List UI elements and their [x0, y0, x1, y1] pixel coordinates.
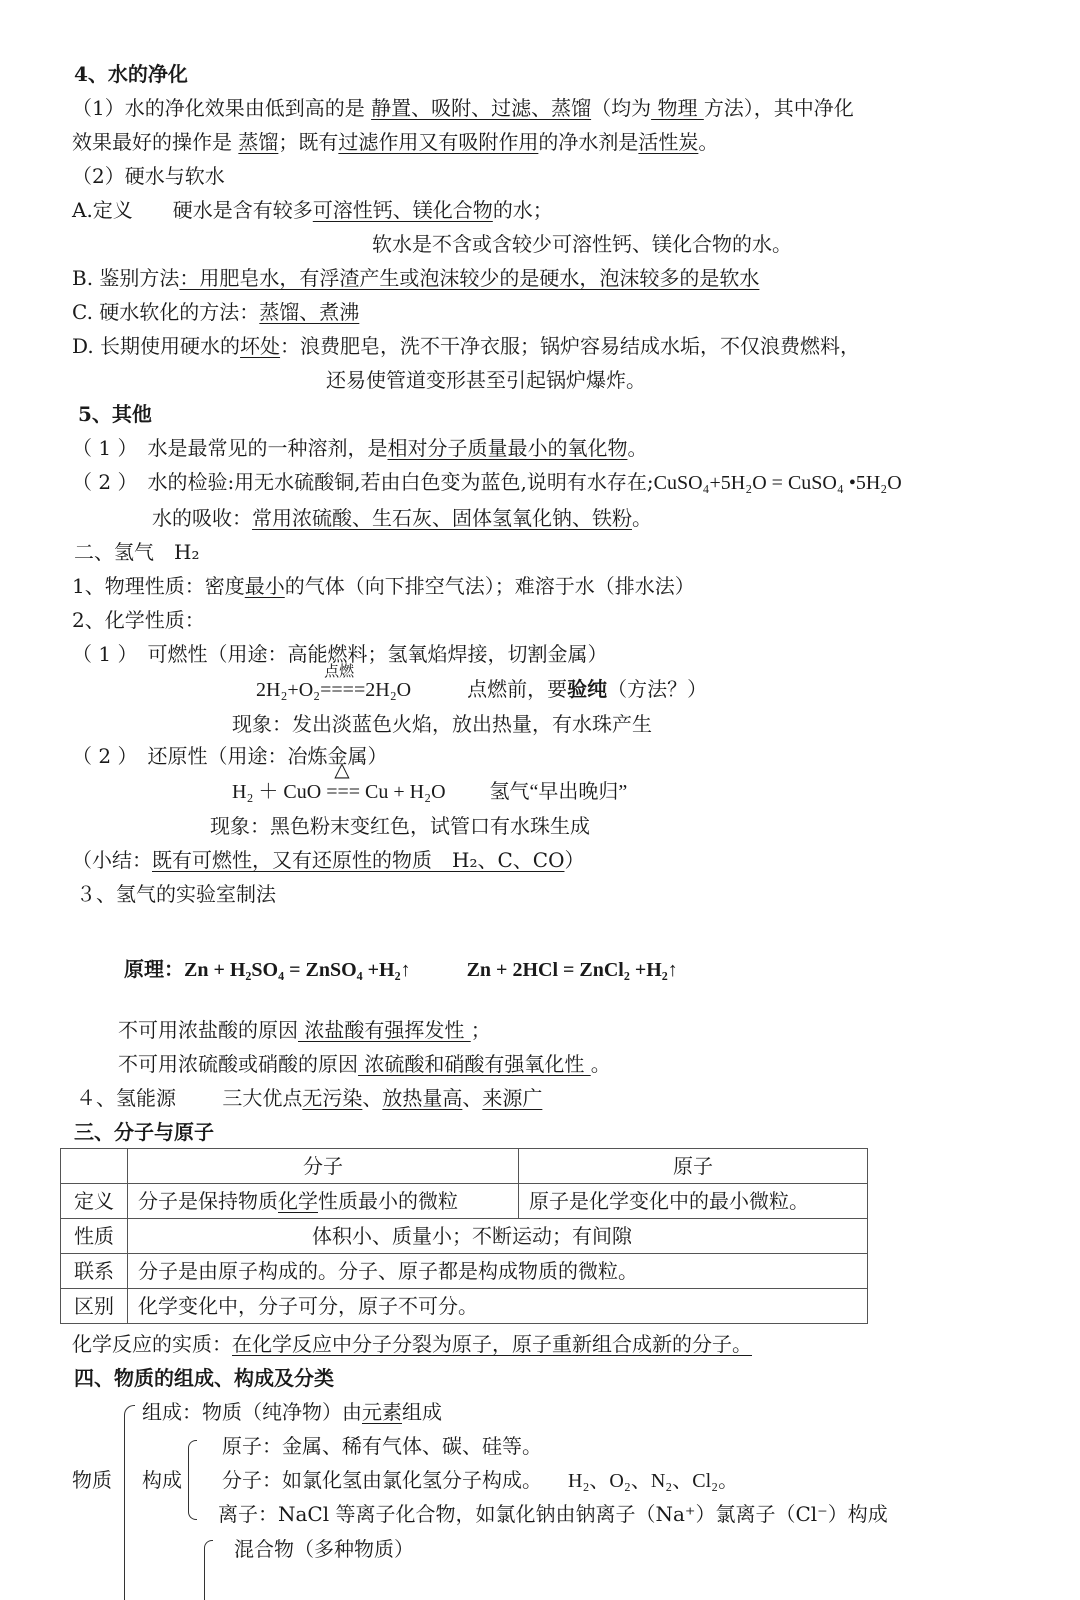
table-row: 性质 体积小、质量小；不断运动；有间隙: [61, 1219, 868, 1254]
physical-properties: 1、物理性质：密度最小的气体（向下排空气法）；难溶于水（排水法）: [72, 572, 695, 600]
purification-order-line: （1）水的净化效果由低到高的是 静置、吸附、过滤、蒸馏（均为 物理 方法），其中…: [72, 94, 854, 122]
combustion-phenomenon: 现象：发出淡蓝色火焰，放出热量，有水珠产生: [232, 710, 652, 738]
composition-line: 组成：物质（纯净物）由元素组成: [142, 1398, 442, 1426]
structure-label: 构成: [142, 1466, 182, 1494]
substance-root-label: 物质: [72, 1466, 112, 1494]
hard-water-harm: D. 长期使用硬水的坏处：浪费肥皂，洗不干净衣服；锅炉容易结成水垢，不仅浪费燃料…: [72, 332, 860, 360]
soft-water-definition: 软水是不含或含较少可溶性钙、镁化合物的水。: [372, 230, 792, 258]
section-title-substance: 四、物质的组成、构成及分类: [74, 1364, 334, 1392]
no-conc-hcl-reason: 不可用浓盐酸的原因 浓盐酸有强挥发性 ；: [118, 1016, 491, 1044]
softening-method: C. 硬水软化的方法：蒸馏、煮沸: [72, 298, 359, 326]
hard-water-definition: A.定义 硬水是含有较多可溶性钙、镁化合物的水；: [72, 196, 553, 224]
table-row: 定义 分子是保持物质化学性质最小的微粒 原子是化学变化中的最小微粒。: [61, 1184, 868, 1219]
inner-brace: [188, 1440, 197, 1520]
reduction-equation: H₂ ＋ CuO △=== Cu + H₂O氢气“早出晚归”: [232, 778, 627, 806]
properties-cell: 体积小、质量小；不断运动；有间隙: [128, 1219, 868, 1254]
table-header-atom: 原子: [519, 1149, 868, 1184]
hard-soft-water-heading: （2）硬水与软水: [72, 162, 225, 190]
table-header-row: 分子 原子: [61, 1149, 868, 1184]
table-header-molecule: 分子: [128, 1149, 519, 1184]
table-header-empty: [61, 1149, 128, 1184]
molecule-definition: 分子是保持物质化学性质最小的微粒: [128, 1184, 519, 1219]
water-test-line: （ 2 ） 水的检验:用无水硫酸铜,若由白色变为蓝色,说明有水存在;CuSO₄+…: [72, 468, 902, 497]
row-label: 联系: [61, 1254, 128, 1289]
water-solvent-line: （ 1 ） 水是最常见的一种溶剂，是相对分子质量最小的氧化物。: [72, 434, 647, 462]
atom-composed-line: 原子：金属、稀有气体、碳、硅等。: [222, 1432, 542, 1460]
identification-method: B. 鉴别方法：用肥皂水，有浮渣产生或泡沫较少的是硬水，泡沫较多的是软水: [72, 264, 759, 292]
ion-composed-line: 离子：NaCl 等离子化合物，如氯化钠由钠离子（Na⁺）氯离子（Cl⁻）构成: [218, 1500, 888, 1528]
section-title-molecules-atoms: 三、分子与原子: [74, 1118, 214, 1146]
reduction-phenomenon: 现象：黑色粉末变红色，试管口有水珠生成: [210, 812, 590, 840]
chemical-properties-heading: 2、化学性质：: [72, 606, 205, 634]
water-absorb-line: 水的吸收：常用浓硫酸、生石灰、固体氢氧化钠、铁粉。: [152, 504, 652, 532]
section-title-hydrogen: 二、氢气 H₂: [74, 538, 199, 566]
best-method-line: 效果最好的操作是 蒸馏；既有过滤作用又有吸附作用的净水剂是活性炭。: [72, 128, 718, 156]
combustion-equation: 2H₂+O₂点燃====2H₂O点燃前，要验纯（方法？）: [256, 676, 707, 704]
row-label: 性质: [61, 1219, 128, 1254]
classification-brace: [204, 1540, 213, 1600]
mixture-line: 混合物（多种物质）: [234, 1535, 414, 1563]
section-title-water-purification: 4、水的净化: [74, 60, 188, 88]
row-label: 区别: [61, 1289, 128, 1324]
table-row: 联系 分子是由原子构成的。分子、原子都是构成物质的微粒。: [61, 1254, 868, 1289]
principle-equations: 原理：Zn + H₂SO₄ = ZnSO₄ +H₂↑Zn + 2HCl = Zn…: [124, 955, 678, 984]
row-label: 定义: [61, 1184, 128, 1219]
hydrogen-energy-line: ４、氢能源 三大优点无污染、放热量高、来源广: [76, 1084, 542, 1112]
reaction-essence: 化学反应的实质：在化学反应中分子分裂为原子，原子重新组合成新的分子。: [72, 1330, 752, 1358]
summary-line: （小结：既有可燃性，又有还原性的物质 H₂、C、CO）: [72, 846, 584, 874]
no-conc-h2so4-reason: 不可用浓硫酸或硝酸的原因 浓硫酸和硝酸有强氧化性 。: [118, 1050, 611, 1078]
hard-water-harm-continued: 还易使管道变形甚至引起锅炉爆炸。: [326, 366, 646, 394]
table-row: 区别 化学变化中，分子可分，原子不可分。: [61, 1289, 868, 1324]
atom-definition: 原子是化学变化中的最小微粒。: [519, 1184, 868, 1219]
outer-brace: [124, 1405, 135, 1600]
section-title-other: 5、其他: [78, 400, 152, 428]
molecule-composed-line: 分子：如氯化氢由氯化氢分子构成。H₂、O₂、N₂、Cl₂。: [222, 1466, 738, 1495]
difference-cell: 化学变化中，分子可分，原子不可分。: [128, 1289, 868, 1324]
relation-cell: 分子是由原子构成的。分子、原子都是构成物质的微粒。: [128, 1254, 868, 1289]
lab-preparation-heading: ３、氢气的实验室制法: [76, 880, 276, 908]
molecule-atom-table: 分子 原子 定义 分子是保持物质化学性质最小的微粒 原子是化学变化中的最小微粒。…: [60, 1148, 868, 1324]
